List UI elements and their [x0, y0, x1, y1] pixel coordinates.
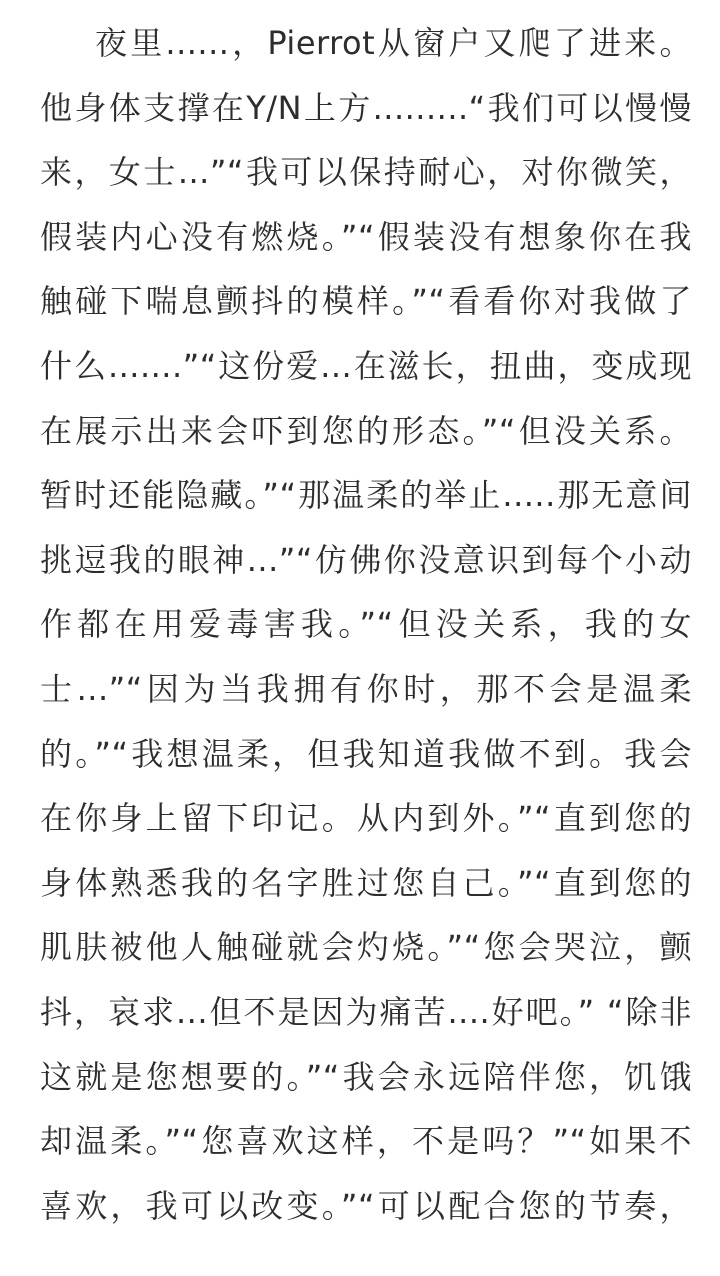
text-line: 却温柔。”“您喜欢这样，不是吗？”“如果不	[40, 1109, 692, 1174]
text-line: 什么.......”“这份爱...在滋长，扭曲，变成现	[40, 334, 692, 399]
document-page: 夜里......，Pierrot从窗户又爬了进来。他身体支撑在Y/N上方....…	[0, 0, 720, 1276]
text-line: 在你身上留下印记。从内到外。”“直到您的	[40, 786, 692, 851]
text-line: 士...”“因为当我拥有你时，那不会是温柔	[40, 657, 692, 722]
text-line: 作都在用爱毒害我。”“但没关系，我的女	[40, 592, 692, 657]
text-line: 的。”“我想温柔，但我知道我做不到。我会	[40, 722, 692, 787]
text-line: 在展示出来会吓到您的形态。”“但没关系。	[40, 399, 692, 464]
text-line: 抖，哀求...但不是因为痛苦....好吧。” “除非	[40, 980, 692, 1045]
text-line: 夜里......，Pierrot从窗户又爬了进来。	[40, 11, 692, 76]
text-line: 他身体支撑在Y/N上方.........“我们可以慢慢	[40, 76, 692, 141]
text-line: 来，女士...”“我可以保持耐心，对你微笑，	[40, 140, 692, 205]
text-line: 假装内心没有燃烧。”“假装没有想象你在我	[40, 205, 692, 270]
text-line: 暂时还能隐藏。”“那温柔的举止.....那无意间	[40, 463, 692, 528]
text-line: 触碰下喘息颤抖的模样。”“看看你对我做了	[40, 269, 692, 334]
text-line: 身体熟悉我的名字胜过您自己。”“直到您的	[40, 851, 692, 916]
text-line: 肌肤被他人触碰就会灼烧。”“您会哭泣，颤	[40, 915, 692, 980]
story-text: 夜里......，Pierrot从窗户又爬了进来。他身体支撑在Y/N上方....…	[0, 0, 720, 1238]
text-line: 挑逗我的眼神...”“仿佛你没意识到每个小动	[40, 528, 692, 593]
text-line: 喜欢，我可以改变。”“可以配合您的节奏，	[40, 1174, 692, 1239]
text-line: 这就是您想要的。”“我会永远陪伴您，饥饿	[40, 1045, 692, 1110]
